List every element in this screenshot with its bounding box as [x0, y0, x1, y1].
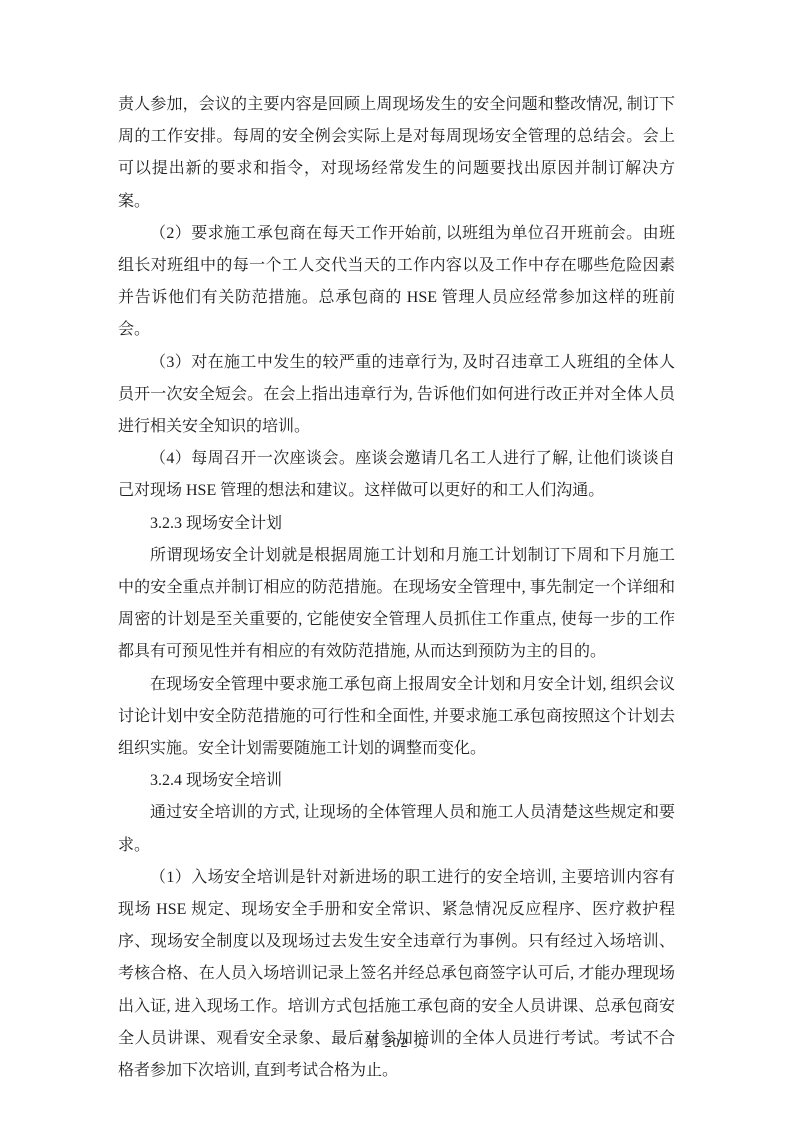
paragraph-continuation: 责人参加，会议的主要内容是回顾上周现场发生的安全问题和整改情况, 制订下周的工作… — [118, 89, 675, 218]
paragraph-site-safety-plan-2: 在现场安全管理中要求施工承包商上报周安全计划和月安全计划, 组织会议讨论计划中安… — [118, 669, 675, 766]
document-body: 责人参加，会议的主要内容是回顾上周现场发生的安全问题和整改情况, 制订下周的工作… — [118, 89, 675, 1087]
section-heading-3-2-4: 3.2.4 现场安全培训 — [118, 765, 675, 797]
document-page: 责人参加，会议的主要内容是回顾上周现场发生的安全问题和整改情况, 制订下周的工作… — [0, 0, 793, 1122]
page-number: 第 202 页 — [0, 1034, 793, 1054]
paragraph-item-2: （2）要求施工承包商在每天工作开始前, 以班组为单位召开班前会。由班组长对班组中… — [118, 218, 675, 347]
paragraph-site-safety-plan-1: 所谓现场安全计划就是根据周施工计划和月施工计划制订下周和下月施工中的安全重点并制… — [118, 540, 675, 669]
section-heading-3-2-3: 3.2.3 现场安全计划 — [118, 508, 675, 540]
paragraph-item-4: （4）每周召开一次座谈会。座谈会邀请几名工人进行了解, 让他们谈谈自己对现场 H… — [118, 443, 675, 507]
paragraph-item-3: （3）对在施工中发生的较严重的违章行为, 及时召违章工人班组的全体人员开一次安全… — [118, 347, 675, 444]
paragraph-safety-training-intro: 通过安全培训的方式, 让现场的全体管理人员和施工人员清楚这些规定和要求。 — [118, 797, 675, 861]
